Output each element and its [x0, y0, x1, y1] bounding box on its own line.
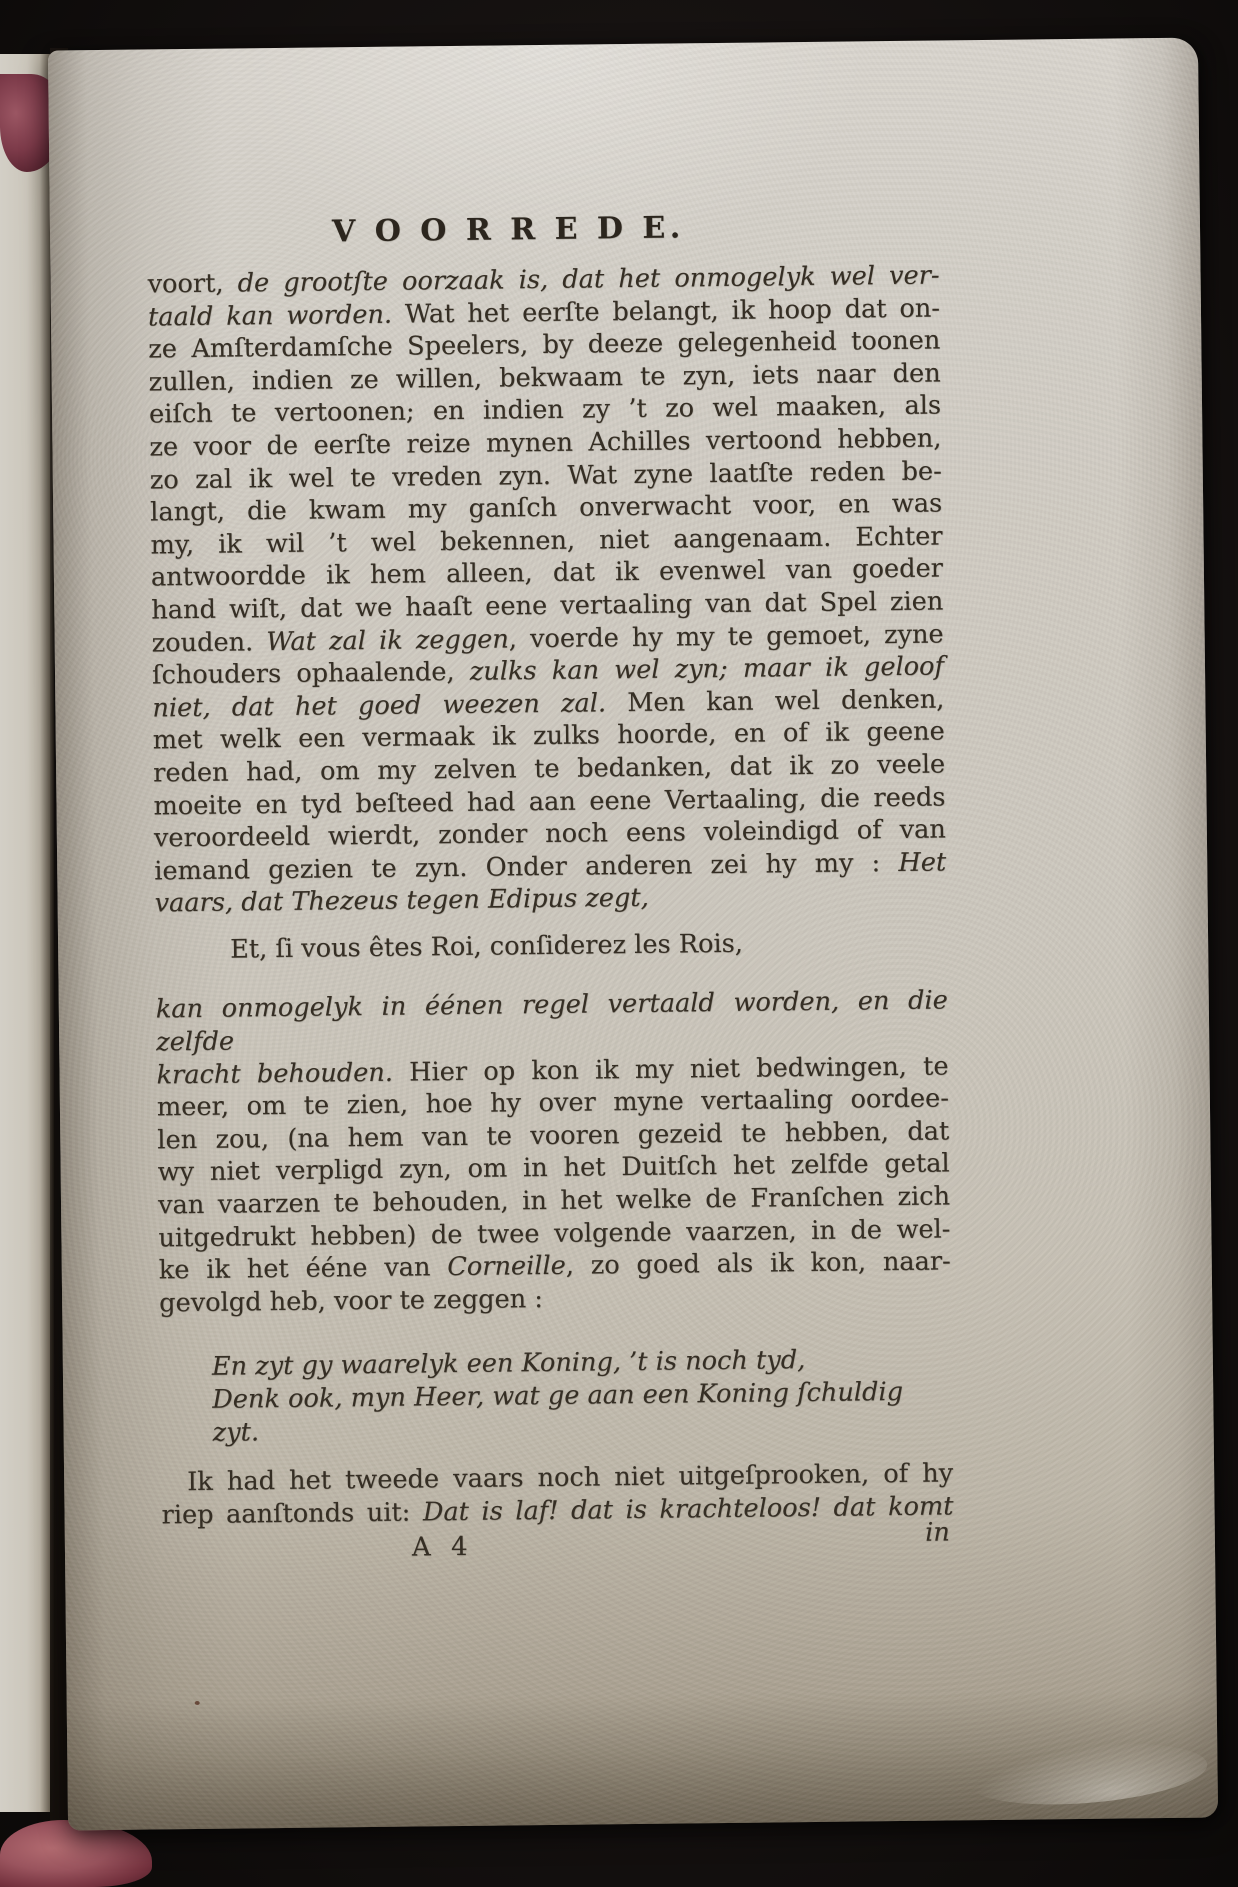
italic-segment: Wat zal ik zeggen: [266, 624, 509, 657]
text-line: Denk ook, myn Heer, wat ge aan een Konin…: [160, 1375, 953, 1449]
roman-segment: riep aanſtonds uit:: [161, 1497, 423, 1530]
catchword: in: [925, 1517, 950, 1550]
deckle-edge-highlight: [966, 1735, 1210, 1812]
italic-segment: zulks kan wel zyn; maar ik geloof: [470, 652, 945, 687]
italic-segment: niet, dat het goed weezen zal.: [152, 688, 606, 723]
italic-segment: Denk ook, myn Heer, wat ge aan een Konin…: [212, 1377, 903, 1447]
roman-segment: gevolgd heb, voor te zeggen :: [159, 1284, 543, 1318]
roman-segment: zouden.: [151, 627, 266, 658]
book-page: V O O R R E D E. voort, de grootſte oorz…: [48, 38, 1218, 1831]
signature-mark: A 4: [412, 1531, 474, 1564]
bottom-shade: [67, 1687, 1218, 1830]
roman-segment: , zo goed als ik kon, naar-: [566, 1247, 951, 1281]
right-edge-shade: [1113, 38, 1218, 1819]
roman-segment: , voerde hy my te gemoet, zyne: [509, 619, 944, 654]
roman-segment: Hier op kon ik my niet bedwingen, te: [393, 1051, 949, 1087]
binding-leather-bottom: [0, 1820, 152, 1887]
roman-segment: ſchouders ophaalende,: [152, 657, 470, 691]
roman-segment: Wat het eerſte belangt, ik hoop dat on-: [405, 293, 940, 329]
italic-segment: vaars, dat Thezeus tegen Edipus zegt,: [154, 883, 648, 919]
italic-segment: En zyt gy waarelyk een Koning, ’t is noc…: [212, 1345, 806, 1382]
page-title: V O O R R E D E.: [147, 203, 939, 256]
facing-page-edge: [0, 54, 54, 1812]
italic-segment: Het: [898, 847, 946, 878]
italic-segment: Dat is laf! dat is krachteloos! dat komt: [423, 1491, 954, 1527]
roman-segment: voort,: [147, 268, 237, 299]
paper-speck: [195, 1701, 200, 1705]
italic-segment: taald kan worden.: [148, 299, 405, 332]
roman-segment: Et, ſi vous êtes Roi, conſiderez les Roi…: [230, 929, 743, 965]
text-line: kan onmogelyk in éénen regel vertaald wo…: [156, 985, 949, 1059]
photo-background: V O O R R E D E. voort, de grootſte oorz…: [0, 0, 1238, 1887]
italic-segment: kan onmogelyk in éénen regel vertaald wo…: [156, 986, 948, 1058]
roman-segment: ke ik het ééne van: [159, 1252, 448, 1285]
roman-segment: Men kan wel denken,: [606, 684, 945, 718]
signature-row: A 4 in: [162, 1526, 954, 1569]
text-block: V O O R R E D E. voort, de grootſte oorz…: [147, 203, 954, 1568]
italic-segment: Corneille: [447, 1251, 566, 1282]
italic-segment: kracht behouden.: [156, 1057, 393, 1090]
body-lines: voort, de grootſte oorzaak is, dat het o…: [147, 259, 953, 1531]
text-line: Et, ſi vous êtes Roi, conſiderez les Roi…: [155, 925, 947, 967]
